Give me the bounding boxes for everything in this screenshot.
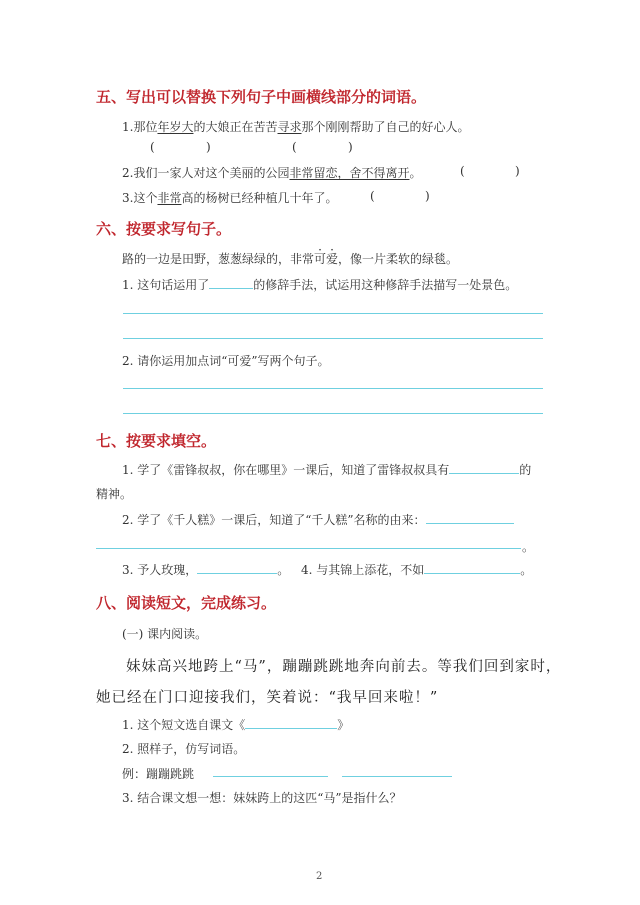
- answer-line[interactable]: [96, 548, 521, 549]
- underlined-phrase: 非常: [157, 191, 181, 205]
- page-number: 2: [316, 871, 322, 882]
- underlined-phrase: 年岁大: [157, 120, 193, 134]
- s8-subheading: (一) 课内阅读。: [122, 625, 207, 642]
- s8-question-3: 3. 结合课文想一想：妹妹跨上的这匹“马”是指什么？: [122, 789, 402, 806]
- underlined-phrase: 寻求: [278, 120, 302, 134]
- answer-paren-open: (: [292, 140, 297, 154]
- s8-question-1: 1. 这个短文选自课文《》: [122, 716, 349, 733]
- answer-line[interactable]: [123, 338, 543, 339]
- s7-question-3: 3. 予人玫瑰，。: [122, 561, 289, 578]
- answer-paren-open: (: [150, 140, 155, 154]
- section7-title: 七、按要求填空。: [96, 430, 216, 451]
- s8-question-2: 2. 照样子，仿写词语。: [122, 740, 245, 757]
- fill-blank[interactable]: [424, 561, 520, 574]
- s6-passage: 路的一边是田野，葱葱绿绿的，非常可爱，像一片柔软的绿毯。: [122, 250, 458, 267]
- underlined-phrase: 非常留恋，舍不得离开: [289, 166, 409, 180]
- answer-paren-close: ): [425, 189, 430, 203]
- s5-question-3: 3.这个非常高的杨树已经种植几十年了。: [122, 189, 338, 206]
- fill-blank[interactable]: [449, 461, 519, 474]
- answer-paren-open: (: [460, 164, 465, 178]
- s7-question-2: 2. 学了《千人糕》一课后，知道了“千人糕”名称的由来：: [122, 511, 514, 528]
- fill-blank[interactable]: [426, 511, 514, 524]
- s7-question-1-cont: 精神。: [96, 485, 132, 502]
- section6-title: 六、按要求写句子。: [96, 218, 231, 239]
- s6-question-2: 2. 请你运用加点词“可爱”写两个句子。: [122, 352, 330, 369]
- emphasis-dot-char: 爱: [326, 252, 338, 266]
- reading-passage-line-2: 她已经在门口迎接我们，笑着说：“我早回来啦！”: [96, 686, 438, 707]
- answer-line[interactable]: [123, 313, 543, 314]
- rhetoric-blank[interactable]: [209, 276, 253, 289]
- s5-question-1: 1.那位年岁大的大娘正在苦苦寻求那个刚刚帮助了自己的好心人。: [122, 118, 470, 135]
- lesson-title-blank[interactable]: [245, 716, 337, 729]
- section5-title: 五、写出可以替换下列句子中画横线部分的词语。: [96, 86, 426, 107]
- answer-paren-close: ): [206, 140, 211, 154]
- answer-line[interactable]: [123, 413, 543, 414]
- s6-question-1: 1. 这句话运用了的修辞手法，试运用这种修辞手法描写一处景色。: [122, 276, 517, 293]
- s8-example: 例：蹦蹦跳跳: [122, 765, 194, 782]
- word-blank-1[interactable]: [213, 776, 328, 777]
- answer-paren-close: ): [515, 164, 520, 178]
- s7-question-4: 4. 与其锦上添花，不如。: [301, 561, 532, 578]
- section8-title: 八、阅读短文，完成练习。: [96, 592, 276, 613]
- emphasis-dot-char: 可: [314, 252, 326, 266]
- answer-paren-open: (: [370, 189, 375, 203]
- word-blank-2[interactable]: [342, 776, 452, 777]
- period: 。: [522, 538, 534, 555]
- s7-question-1: 1. 学了《雷锋叔叔，你在哪里》一课后，知道了雷锋叔叔具有的: [122, 461, 531, 478]
- reading-passage-line-1: 妹妹高兴地跨上“马”，蹦蹦跳跳地奔向前去。等我们回到家时，: [126, 655, 561, 676]
- s5-question-2: 2.我们一家人对这个美丽的公园非常留恋，舍不得离开。: [122, 164, 422, 181]
- answer-paren-close: ): [348, 140, 353, 154]
- fill-blank[interactable]: [197, 561, 277, 574]
- answer-line[interactable]: [123, 388, 543, 389]
